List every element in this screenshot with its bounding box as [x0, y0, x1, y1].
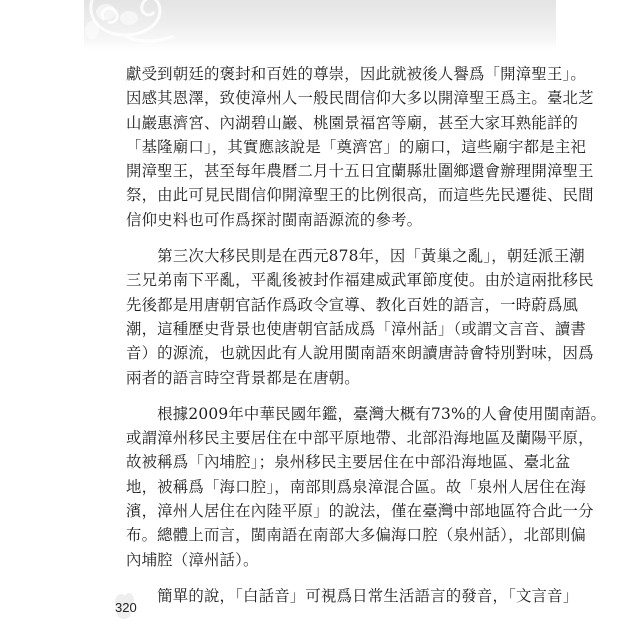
text-line: 三兄弟南下平亂，平亂後被封作福建威武軍節度使。由於這兩批移民 [126, 268, 504, 292]
paragraph-spacer [126, 232, 504, 244]
text-line: 地，被稱爲「海口腔」，南部則爲泉漳混合區。故「泉州人居住在海 [126, 475, 504, 499]
text-line: 獻受到朝廷的褒封和百姓的尊崇，因此就被後人譽爲「開漳聖王」。 [126, 62, 504, 86]
paragraph-spacer [126, 390, 504, 402]
text-line: 信仰史料也可作爲探討閩南語源流的參考。 [126, 208, 504, 232]
paragraph: 根據2009年中華民國年鑑，臺灣大概有73%的人會使用閩南語。 或謂漳州移民主要… [126, 402, 504, 572]
text-line: 兩者的語言時空背景都是在唐朝。 [126, 366, 504, 390]
paragraph-spacer [126, 572, 504, 584]
text-line: 布。總體上而言，閩南語在南部大多偏海口腔（泉州話），北部則偏 [126, 523, 504, 547]
text-line: 濱，漳州人居住在內陸平原」的說法，僅在臺灣中部地區符合此一分 [126, 499, 504, 523]
text-line: 祭，由此可見民間信仰開漳聖王的比例很高，而這些先民遷徙、民間 [126, 183, 504, 207]
text-line: 簡單的說，「白話音」可視爲日常生活語言的發音，「文言音」 [126, 584, 504, 608]
text-line: 因感其恩澤，致使漳州人一般民間信仰大多以開漳聖王爲主。臺北芝 [126, 86, 504, 110]
text-line: 故被稱爲「內埔腔」；泉州移民主要居住在中部沿海地區、臺北盆 [126, 450, 504, 474]
text-line: 根據2009年中華民國年鑑，臺灣大概有73%的人會使用閩南語。 [126, 402, 504, 426]
text-line: 第三次大移民則是在西元878年，因「黃巢之亂」，朝廷派王潮 [126, 244, 504, 268]
floral-flourish-icon [84, 0, 194, 50]
text-line: 或謂漳州移民主要居住在中部平原地帶、北部沿海地區及蘭陽平原， [126, 426, 504, 450]
page-footer: 320 [112, 592, 152, 622]
text-line: 開漳聖王，甚至每年農曆二月十五日宜蘭縣壯圍鄉還會辦理開漳聖王 [126, 159, 504, 183]
page-header-band [84, 0, 556, 50]
page-body-text: 獻受到朝廷的褒封和百姓的尊崇，因此就被後人譽爲「開漳聖王」。 因感其恩澤，致使漳… [126, 62, 504, 608]
paragraph: 簡單的說，「白話音」可視爲日常生活語言的發音，「文言音」 [126, 584, 504, 608]
text-line: 內埔腔（漳州話）。 [126, 548, 504, 572]
page-number: 320 [115, 600, 137, 615]
paragraph: 獻受到朝廷的褒封和百姓的尊崇，因此就被後人譽爲「開漳聖王」。 因感其恩澤，致使漳… [126, 62, 504, 232]
text-line: 山巖惠濟宮、內湖碧山巖、桃園景福宮等廟，甚至大家耳熟能詳的 [126, 111, 504, 135]
text-line: 潮，這種歷史背景也使唐朝官話成爲「漳州話」（或謂文言音、讀書 [126, 317, 504, 341]
paragraph: 第三次大移民則是在西元878年，因「黃巢之亂」，朝廷派王潮 三兄弟南下平亂，平亂… [126, 244, 504, 390]
text-line: 「基隆廟口」，其實應該說是「奠濟宮」的廟口，這些廟宇都是主祀 [126, 135, 504, 159]
text-line: 先後都是用唐朝官話作爲政令宣導、教化百姓的語言，一時蔚爲風 [126, 293, 504, 317]
text-line: 音）的源流，也就因此有人說用閩南語來朗讀唐詩會特別對味，因爲 [126, 341, 504, 365]
